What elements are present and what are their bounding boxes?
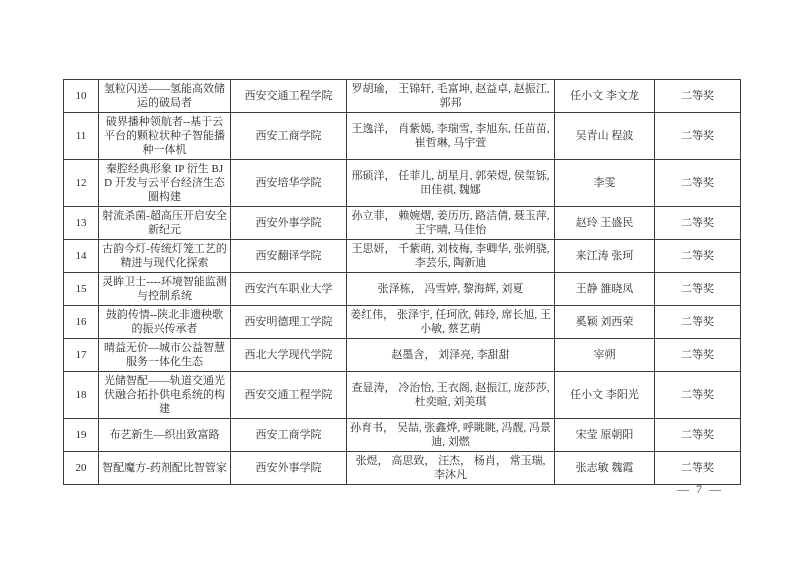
- cell-school: 西安外事学院: [231, 207, 347, 240]
- cell-project-name: 秦腔经典形象 IP 衍生 BJD 开发与云平台经济生态圈构建: [99, 160, 231, 207]
- cell-award-level: 二等奖: [655, 273, 741, 306]
- cell-award-level: 二等奖: [655, 372, 741, 419]
- cell-project-name: 灵眸卫士----环境智能监测与控制系统: [99, 273, 231, 306]
- cell-project-name: 智配魔方-药剂配比智管家: [99, 452, 231, 485]
- cell-number: 16: [64, 306, 99, 339]
- table-row: 10氢粒闪送——氢能高效储运的破局者西安交通工程学院罗胡瑜， 王锦轩, 毛富坤,…: [64, 80, 741, 113]
- cell-award-level: 二等奖: [655, 207, 741, 240]
- cell-advisors: 宋莹 原朝阳: [555, 419, 655, 452]
- cell-team-members: 张煜， 高思致， 汪杰， 杨肖， 常玉瑞, 李沐凡: [347, 452, 555, 485]
- cell-number: 15: [64, 273, 99, 306]
- table-row: 16鼓韵传情--陕北非遗秧歌的振兴传承者西安明德理工学院姜红伟， 张泽宇, 任珂…: [64, 306, 741, 339]
- cell-number: 11: [64, 113, 99, 160]
- cell-advisors: 任小文 李阳光: [555, 372, 655, 419]
- cell-project-name: 氢粒闪送——氢能高效储运的破局者: [99, 80, 231, 113]
- cell-advisors: 来江涛 张珂: [555, 240, 655, 273]
- cell-school: 西安工商学院: [231, 419, 347, 452]
- cell-advisors: 张志敏 魏霞: [555, 452, 655, 485]
- cell-project-name: 射流杀菌-超高压开启安全新纪元: [99, 207, 231, 240]
- cell-advisors: 奚颖 刘西荣: [555, 306, 655, 339]
- cell-number: 10: [64, 80, 99, 113]
- cell-advisors: 任小文 李文龙: [555, 80, 655, 113]
- cell-school: 西安工商学院: [231, 113, 347, 160]
- page-number: — 7 —: [640, 482, 760, 497]
- award-list-table: 10氢粒闪送——氢能高效储运的破局者西安交通工程学院罗胡瑜， 王锦轩, 毛富坤,…: [63, 79, 741, 485]
- cell-number: 19: [64, 419, 99, 452]
- table-row: 11破界播种领航者--基于云平台的颗粒状种子智能播种一体机西安工商学院王逸洋， …: [64, 113, 741, 160]
- table-row: 14古韵今灯-传统灯笼工艺的精进与现代化探索西安翻译学院王思妍， 千紫萌, 刘枝…: [64, 240, 741, 273]
- cell-school: 西安培华学院: [231, 160, 347, 207]
- cell-project-name: 布艺新生—织出致富路: [99, 419, 231, 452]
- cell-number: 17: [64, 339, 99, 372]
- cell-award-level: 二等奖: [655, 419, 741, 452]
- table-row: 20智配魔方-药剂配比智管家西安外事学院张煜， 高思致， 汪杰， 杨肖， 常玉瑞…: [64, 452, 741, 485]
- cell-advisors: 吴青山 程波: [555, 113, 655, 160]
- cell-school: 西安外事学院: [231, 452, 347, 485]
- cell-project-name: 古韵今灯-传统灯笼工艺的精进与现代化探索: [99, 240, 231, 273]
- award-table-body: 10氢粒闪送——氢能高效储运的破局者西安交通工程学院罗胡瑜， 王锦轩, 毛富坤,…: [64, 80, 741, 485]
- cell-school: 西安交通工程学院: [231, 372, 347, 419]
- cell-team-members: 张泽栋， 冯雪婷, 黎海辉, 刘夏: [347, 273, 555, 306]
- table-row: 15灵眸卫士----环境智能监测与控制系统西安汽车职业大学张泽栋， 冯雪婷, 黎…: [64, 273, 741, 306]
- cell-school: 西安明德理工学院: [231, 306, 347, 339]
- cell-project-name: 破界播种领航者--基于云平台的颗粒状种子智能播种一体机: [99, 113, 231, 160]
- cell-advisors: 赵玲 王盛民: [555, 207, 655, 240]
- cell-team-members: 罗胡瑜， 王锦轩, 毛富坤, 赵益卓, 赵振江, 郭邦: [347, 80, 555, 113]
- cell-advisors: 李雯: [555, 160, 655, 207]
- cell-school: 西北大学现代学院: [231, 339, 347, 372]
- cell-award-level: 二等奖: [655, 339, 741, 372]
- cell-project-name: 鼓韵传情--陕北非遗秧歌的振兴传承者: [99, 306, 231, 339]
- cell-team-members: 邢硕洋， 任菲儿, 胡星月, 郭荣煜, 侯玺铄, 田佳祺, 魏娜: [347, 160, 555, 207]
- cell-award-level: 二等奖: [655, 113, 741, 160]
- cell-advisors: 王静 雒晓凤: [555, 273, 655, 306]
- cell-team-members: 王逸洋， 肖紫嫣, 李瑞雪, 李旭东, 任苗苗, 崔哲琳, 马宇萱: [347, 113, 555, 160]
- cell-number: 13: [64, 207, 99, 240]
- cell-team-members: 孙育书， 吴喆, 张鑫烨, 呼眺眺, 冯靓, 冯景迪, 刘燃: [347, 419, 555, 452]
- cell-project-name: 晴益无价—城市公益智慧服务一体化生态: [99, 339, 231, 372]
- cell-team-members: 孙立菲， 赖婉熠, 姜历历, 路洁倩, 聂玉萍, 王宇晴, 马佳怡: [347, 207, 555, 240]
- cell-award-level: 二等奖: [655, 306, 741, 339]
- cell-award-level: 二等奖: [655, 80, 741, 113]
- scanned-document-page: 10氢粒闪送——氢能高效储运的破局者西安交通工程学院罗胡瑜， 王锦轩, 毛富坤,…: [0, 0, 800, 566]
- cell-project-name: 光储智配——轨道交通光伏融合拓扑供电系统的构建: [99, 372, 231, 419]
- cell-advisors: 宰朔: [555, 339, 655, 372]
- cell-team-members: 赵墨含， 刘泽亮, 李甜甜: [347, 339, 555, 372]
- cell-school: 西安交通工程学院: [231, 80, 347, 113]
- cell-number: 14: [64, 240, 99, 273]
- cell-award-level: 二等奖: [655, 452, 741, 485]
- cell-school: 西安汽车职业大学: [231, 273, 347, 306]
- table-row: 17晴益无价—城市公益智慧服务一体化生态西北大学现代学院赵墨含， 刘泽亮, 李甜…: [64, 339, 741, 372]
- cell-number: 18: [64, 372, 99, 419]
- cell-award-level: 二等奖: [655, 160, 741, 207]
- cell-team-members: 查显涛， 冷治怡, 王衣阁, 赵振江, 庞莎莎, 杜奕暄, 刘美琪: [347, 372, 555, 419]
- cell-number: 12: [64, 160, 99, 207]
- table-row: 12秦腔经典形象 IP 衍生 BJD 开发与云平台经济生态圈构建西安培华学院邢硕…: [64, 160, 741, 207]
- cell-team-members: 姜红伟， 张泽宇, 任珂欣, 韩玲, 席长旭, 王小敏, 蔡艺萌: [347, 306, 555, 339]
- table-row: 19布艺新生—织出致富路西安工商学院孙育书， 吴喆, 张鑫烨, 呼眺眺, 冯靓,…: [64, 419, 741, 452]
- table-row: 18光储智配——轨道交通光伏融合拓扑供电系统的构建西安交通工程学院查显涛， 冷治…: [64, 372, 741, 419]
- cell-team-members: 王思妍， 千紫萌, 刘枝梅, 李卿华, 张朔骁, 李芸乐, 陶新迪: [347, 240, 555, 273]
- cell-number: 20: [64, 452, 99, 485]
- cell-award-level: 二等奖: [655, 240, 741, 273]
- table-row: 13射流杀菌-超高压开启安全新纪元西安外事学院孙立菲， 赖婉熠, 姜历历, 路洁…: [64, 207, 741, 240]
- cell-school: 西安翻译学院: [231, 240, 347, 273]
